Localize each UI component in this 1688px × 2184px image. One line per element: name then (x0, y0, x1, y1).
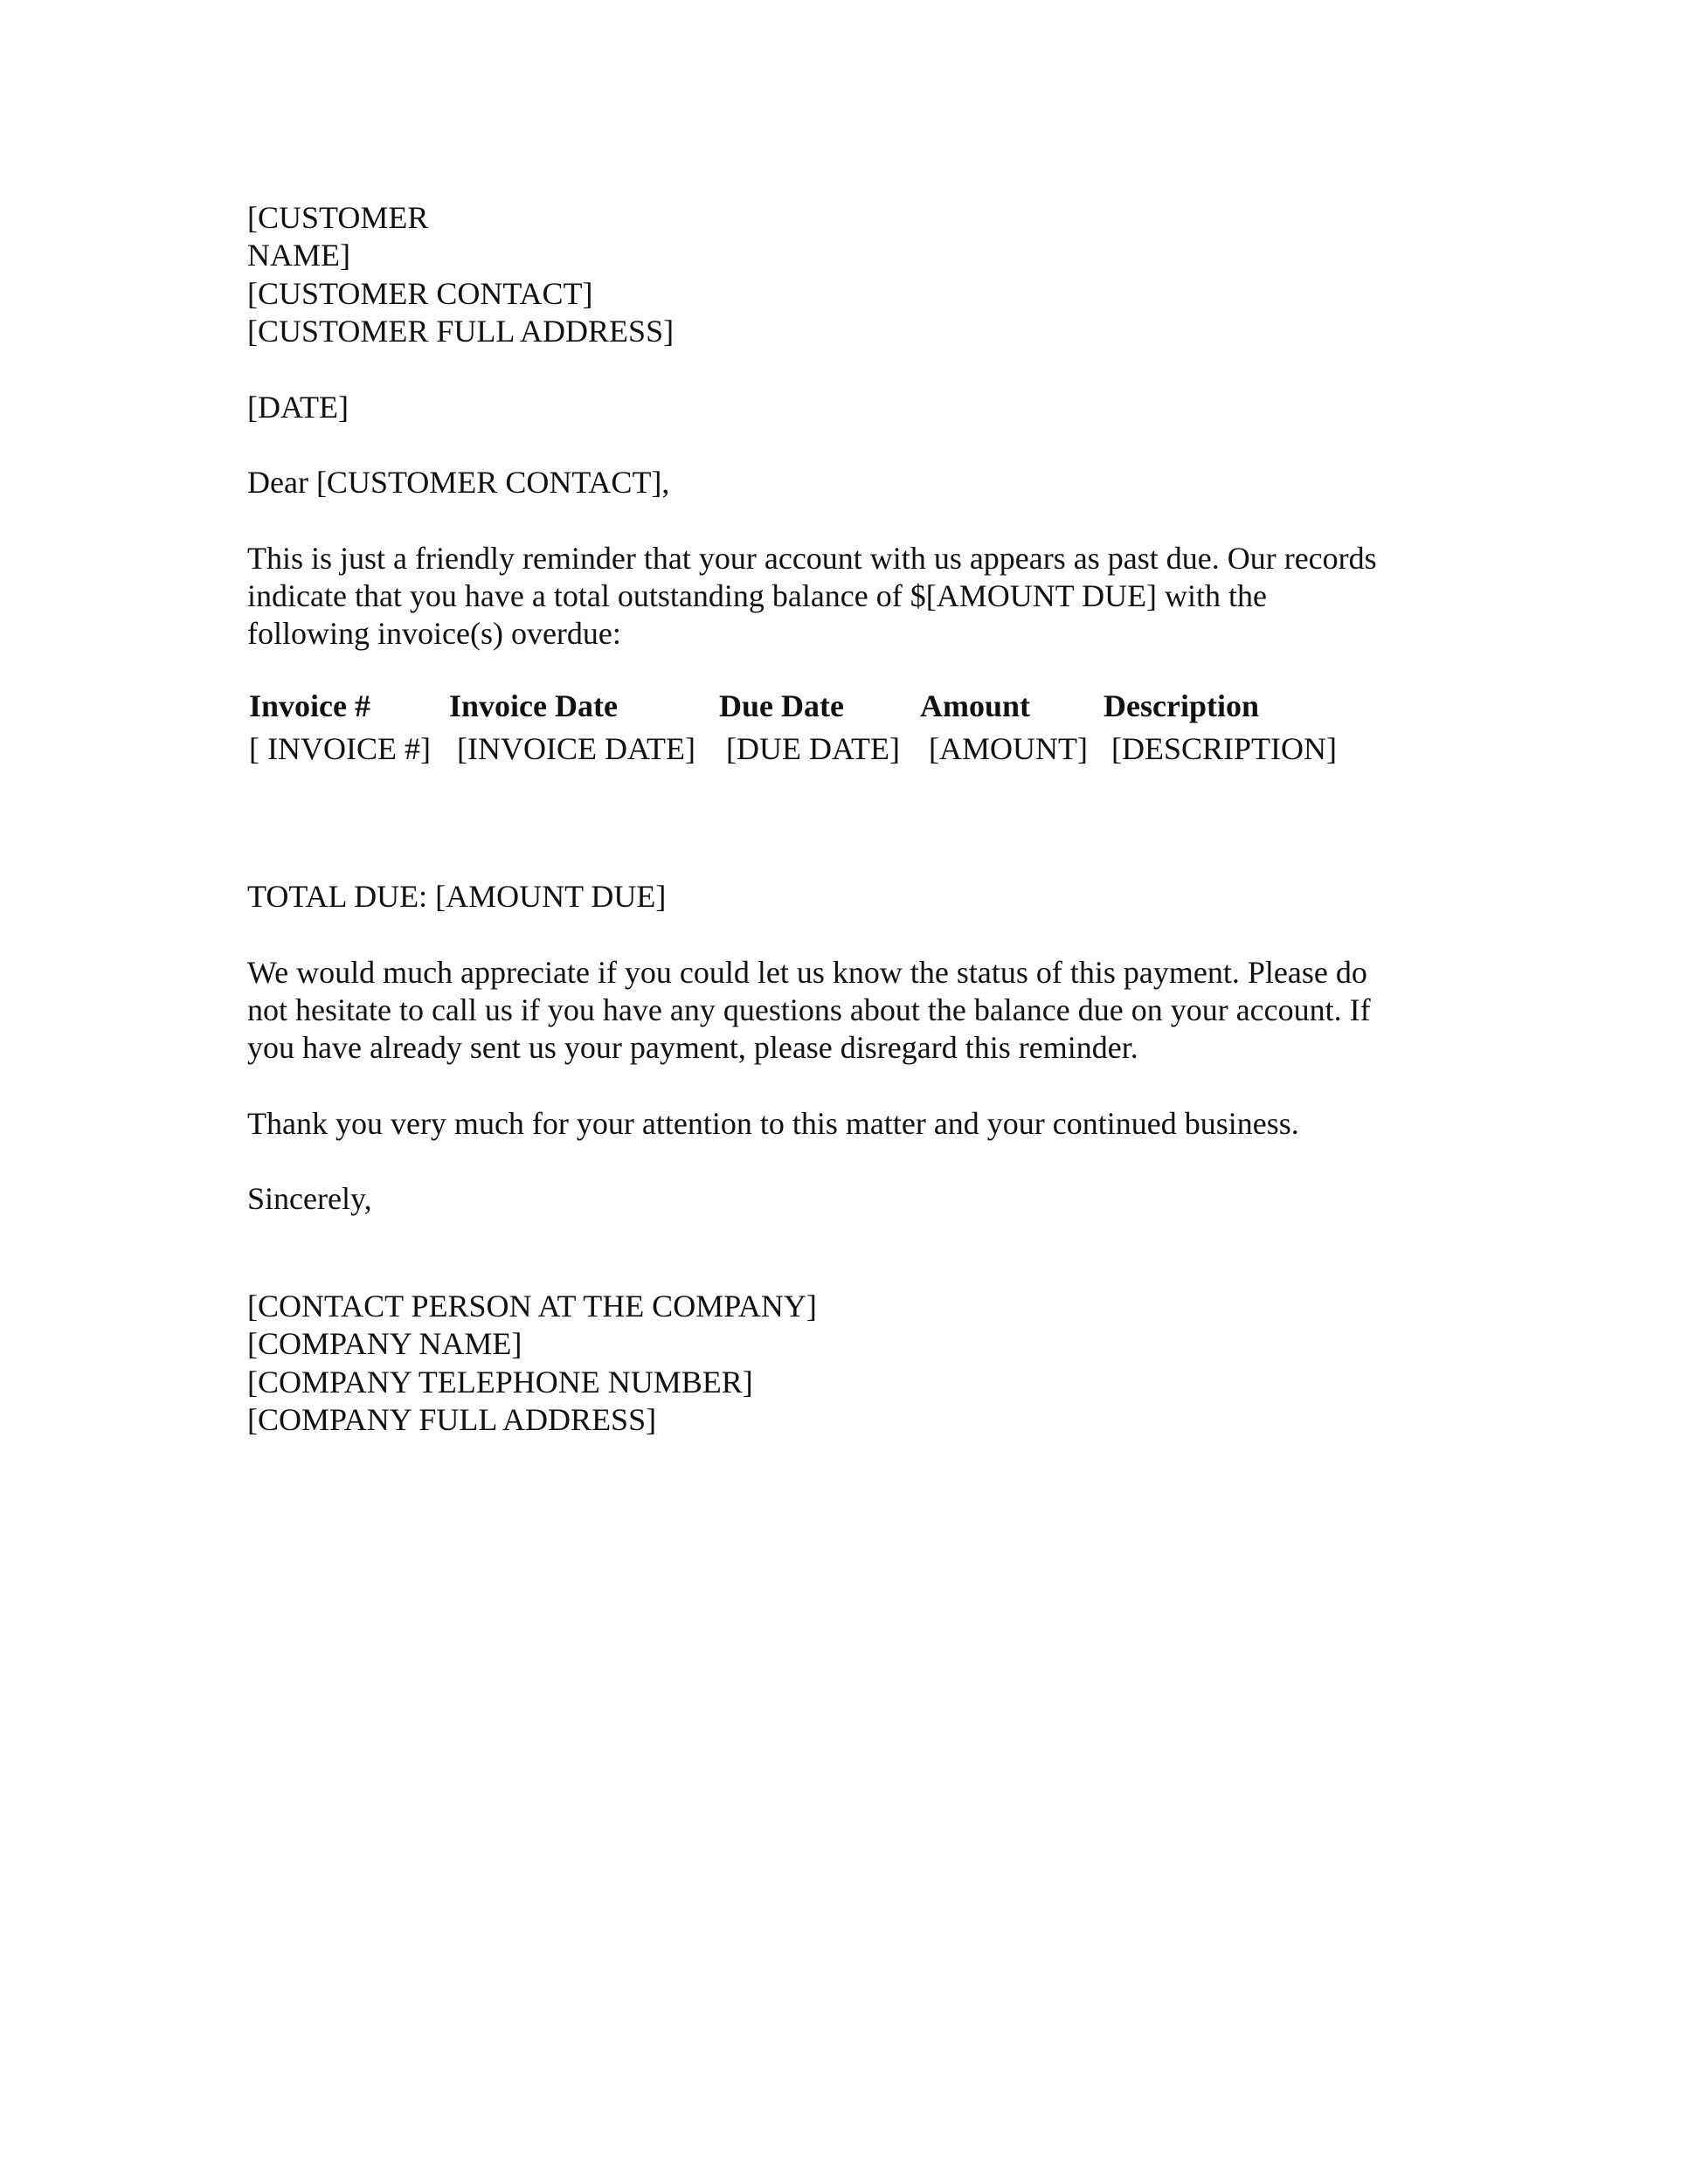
intro-line-2: indicate that you have a total outstandi… (247, 577, 1267, 615)
closing: Sincerely, (247, 1179, 372, 1218)
total-due: TOTAL DUE: [AMOUNT DUE] (247, 877, 666, 916)
recipient-contact: [CUSTOMER CONTACT] (247, 274, 592, 313)
intro-line-1: This is just a friendly reminder that yo… (247, 539, 1377, 577)
thanks-line: Thank you very much for your attention t… (247, 1104, 1299, 1143)
header-description: Description (1103, 687, 1259, 725)
cell-invoice-number: [ INVOICE #] (249, 729, 431, 768)
sender-company-name: [COMPANY NAME] (247, 1324, 522, 1363)
sender-contact-person: [CONTACT PERSON AT THE COMPANY] (247, 1287, 817, 1325)
cell-description: [DESCRIPTION] (1111, 729, 1337, 768)
cell-amount: [AMOUNT] (929, 729, 1088, 768)
cell-invoice-date: [INVOICE DATE] (457, 729, 695, 768)
salutation: Dear [CUSTOMER CONTACT], (247, 463, 669, 501)
cell-due-date: [DUE DATE] (726, 729, 900, 768)
request-line-1: We would much appreciate if you could le… (247, 953, 1367, 992)
letter-date: [DATE] (247, 388, 349, 426)
recipient-name-line2: NAME] (247, 236, 350, 274)
sender-address: [COMPANY FULL ADDRESS] (247, 1400, 656, 1439)
header-amount: Amount (920, 687, 1030, 725)
recipient-address: [CUSTOMER FULL ADDRESS] (247, 312, 674, 350)
recipient-name-line1: [CUSTOMER (247, 198, 428, 237)
header-due-date: Due Date (719, 687, 844, 725)
request-line-3: you have already sent us your payment, p… (247, 1028, 1138, 1067)
header-invoice-number: Invoice # (249, 687, 370, 725)
intro-line-3: following invoice(s) overdue: (247, 614, 621, 653)
header-invoice-date: Invoice Date (449, 687, 618, 725)
request-line-2: not hesitate to call us if you have any … (247, 991, 1371, 1029)
sender-telephone: [COMPANY TELEPHONE NUMBER] (247, 1363, 753, 1401)
